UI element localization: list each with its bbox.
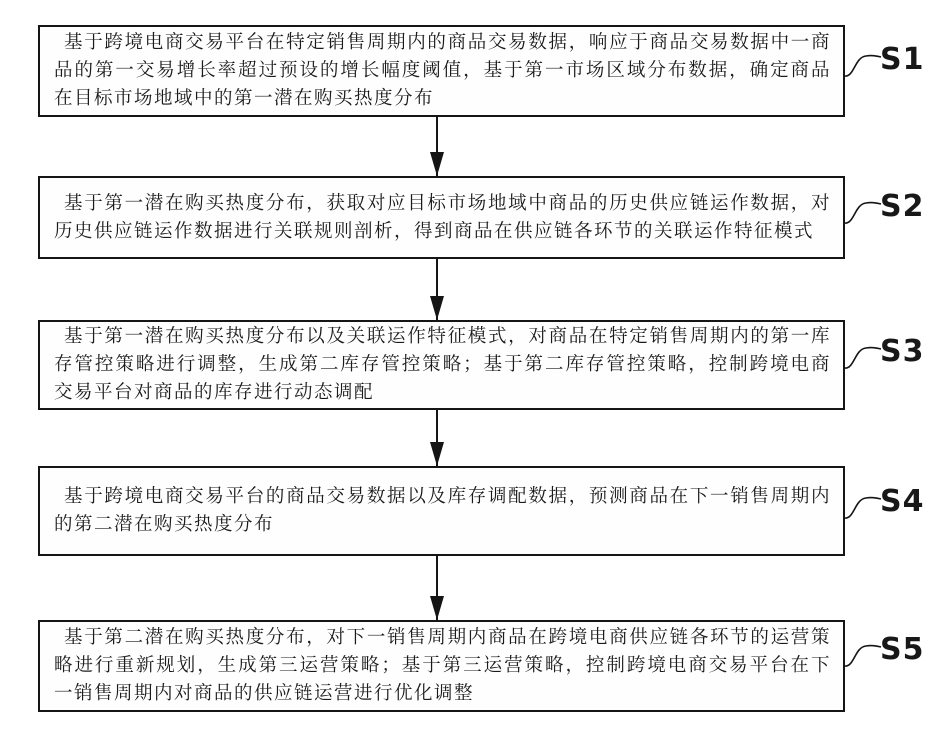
flowchart-step-box-s4: 基于跨境电商交易平台的商品交易数据以及库存调配数据，预测商品在下一销售周期内的第…	[38, 466, 845, 556]
step-s4-text: 基于跨境电商交易平台的商品交易数据以及库存调配数据，预测商品在下一销售周期内的第…	[40, 479, 843, 543]
flowchart-step-box-s2: 基于第一潜在购买热度分布，获取对应目标市场地域中商品的历史供应链运作数据，对历史…	[38, 176, 845, 259]
arrow-down-icon	[430, 117, 444, 176]
step-s1-text: 基于跨境电商交易平台在特定销售周期内的商品交易数据，响应于商品交易数据中一商品的…	[40, 25, 843, 117]
step-label-s1: S1	[880, 42, 924, 77]
arrow-down-icon	[430, 259, 444, 320]
flowchart-step-box-s1: 基于跨境电商交易平台在特定销售周期内的商品交易数据，响应于商品交易数据中一商品的…	[38, 25, 845, 117]
step-label-s4: S4	[880, 484, 924, 519]
flowchart-step-box-s5: 基于第二潜在购买热度分布，对下一销售周期内商品在跨境电商供应链各环节的运营策略进…	[38, 620, 845, 712]
leader-line-s2	[844, 197, 882, 225]
step-label-s5: S5	[880, 632, 924, 667]
step-s2-text: 基于第一潜在购买热度分布，获取对应目标市场地域中商品的历史供应链运作数据，对历史…	[40, 186, 843, 250]
leader-line-s5	[844, 640, 882, 668]
step-label-s2: S2	[880, 189, 924, 224]
step-label-s3: S3	[880, 334, 924, 369]
leader-line-s1	[844, 50, 882, 78]
step-s5-text: 基于第二潜在购买热度分布，对下一销售周期内商品在跨境电商供应链各环节的运营策略进…	[40, 620, 843, 712]
patent-flowchart-figure: 基于跨境电商交易平台在特定销售周期内的商品交易数据，响应于商品交易数据中一商品的…	[0, 0, 927, 742]
arrow-down-icon	[430, 410, 444, 466]
arrow-down-icon	[430, 556, 444, 620]
leader-line-s4	[844, 492, 882, 520]
step-s3-text: 基于第一潜在购买热度分布以及关联运作特征模式，对商品在特定销售周期内的第一库存管…	[40, 319, 843, 411]
flowchart-step-box-s3: 基于第一潜在购买热度分布以及关联运作特征模式，对商品在特定销售周期内的第一库存管…	[38, 320, 845, 410]
leader-line-s3	[844, 342, 882, 370]
